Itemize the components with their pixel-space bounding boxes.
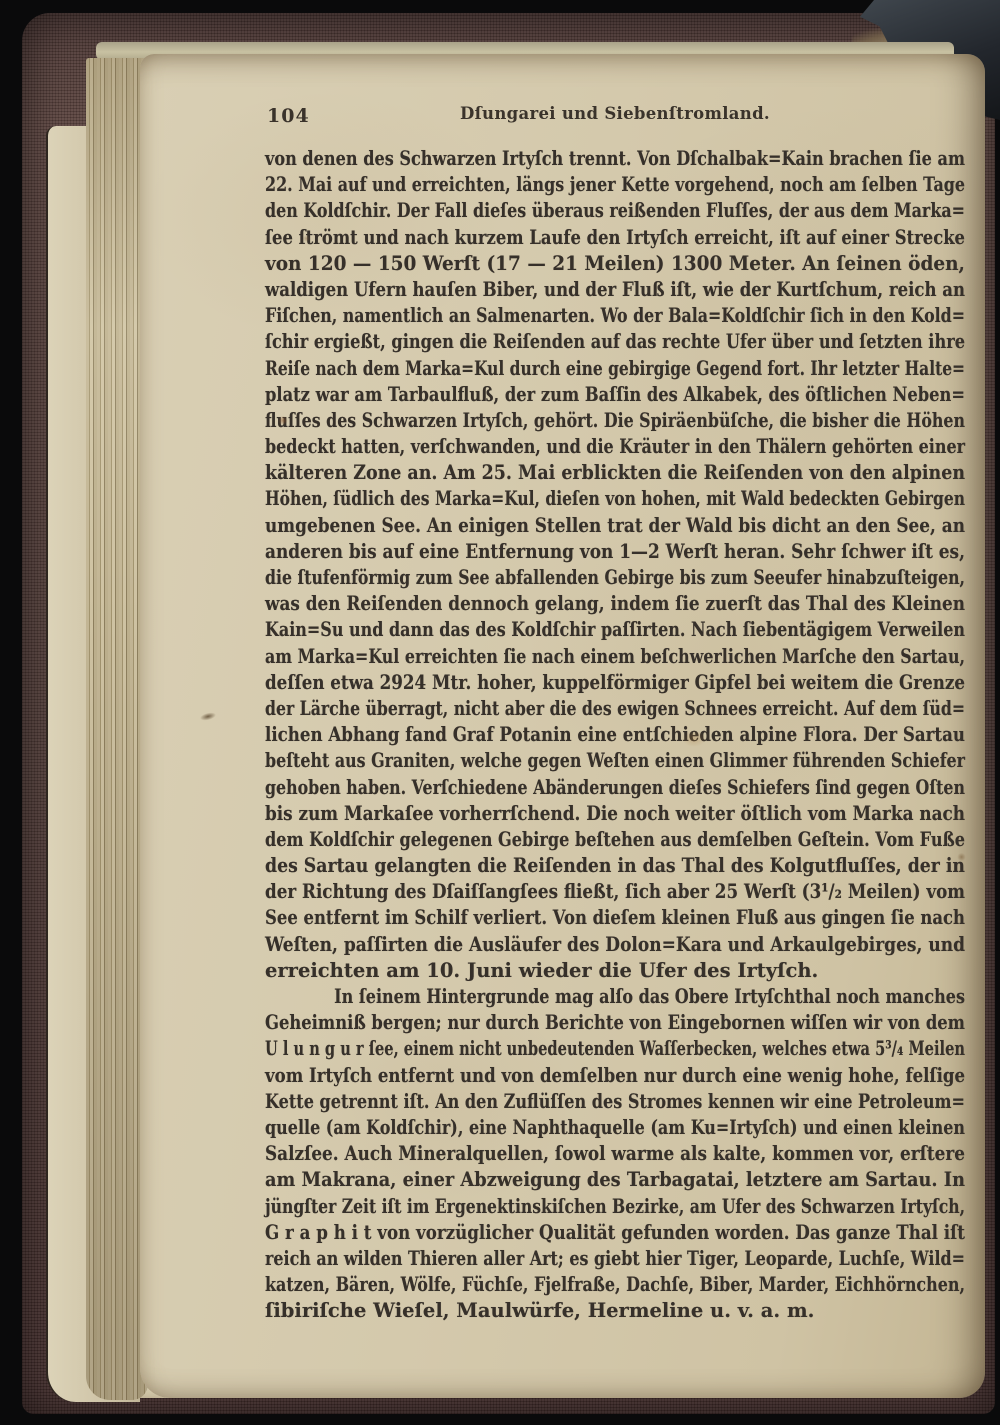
- text-line: am Marka=Kul erreichten ſie nach einem b…: [265, 644, 965, 670]
- text-line: was den Reiſenden dennoch gelang, indem …: [265, 591, 965, 617]
- text-line: ſibiriſche Wieſel, Maulwürfe, Hermeline …: [265, 1298, 965, 1324]
- running-title: Dſungarei und Siebenſtromland.: [265, 104, 965, 123]
- text-line: gehoben haben. Verſchiedene Abänderungen…: [265, 775, 965, 801]
- text-line: beſteht aus Graniten, welche gegen Weſte…: [265, 748, 965, 774]
- page-fore-edges: [86, 58, 148, 1400]
- text-line: fluſſes des Schwarzen Irtyſch, gehört. D…: [265, 408, 965, 434]
- text-line: katzen, Bären, Wölfe, Füchſe, Fjelfraße,…: [265, 1272, 965, 1298]
- text-line: U l u n g u r ſee, einem nicht unbedeute…: [265, 1036, 965, 1062]
- text-line: dem Koldſchir gelegenen Gebirge beſtehen…: [265, 827, 965, 853]
- text-line: die ſtufenförmig zum See abfallenden Geb…: [265, 565, 965, 591]
- text-line: See entfernt im Schilf verliert. Von die…: [265, 905, 965, 931]
- text-line: am Makrana, einer Abzweigung des Tarbaga…: [265, 1167, 965, 1193]
- book-page: 104 Dſungarei und Siebenſtromland. von d…: [140, 54, 985, 1398]
- body-text: von denen des Schwarzen Irtyſch trennt. …: [265, 146, 965, 1324]
- text-line: von denen des Schwarzen Irtyſch trennt. …: [265, 146, 965, 172]
- text-line: deſſen etwa 2924 Mtr. hoher, kuppelförmi…: [265, 670, 965, 696]
- text-line: Geheimniß bergen; nur durch Berichte von…: [265, 1010, 965, 1036]
- text-line: waldigen Ufern hauſen Biber, und der Flu…: [265, 277, 965, 303]
- text-line: G r a p h i t von vorzüglicher Qualität …: [265, 1220, 965, 1246]
- text-line: ſee ſtrömt und nach kurzem Laufe den Irt…: [265, 225, 965, 251]
- text-line: vom Irtyſch entfernt und von demſelben n…: [265, 1063, 965, 1089]
- text-line: ſchir ergießt, gingen die Reiſenden auf …: [265, 329, 965, 355]
- text-line: umgebenen See. An einigen Stellen trat d…: [265, 513, 965, 539]
- book-photo: 104 Dſungarei und Siebenſtromland. von d…: [0, 0, 1000, 1425]
- text-line: 22. Mai auf und erreichten, längs jener …: [265, 172, 965, 198]
- text-line: der Richtung des Dſaiſſangſees fließt, ſ…: [265, 879, 965, 905]
- text-line: jüngſter Zeit iſt im Ergenektinskiſchen …: [265, 1194, 965, 1220]
- page-header: 104 Dſungarei und Siebenſtromland.: [265, 104, 965, 130]
- text-line: In ſeinem Hintergrunde mag alſo das Ober…: [265, 984, 965, 1010]
- text-line: Höhen, ſüdlich des Marka=Kul, dieſen von…: [265, 486, 965, 512]
- text-line: Fiſchen, namentlich an Salmenarten. Wo d…: [265, 303, 965, 329]
- page-number: 104: [267, 105, 310, 127]
- text-line: platz war am Tarbaulfluß, der zum Baſſin…: [265, 382, 965, 408]
- text-line: Kain=Su und dann das des Koldſchir paſſi…: [265, 617, 965, 643]
- text-line: von 120 — 150 Werſt (17 — 21 Meilen) 130…: [265, 251, 965, 277]
- text-line: den Koldſchir. Der Fall dieſes überaus r…: [265, 198, 965, 224]
- text-line: Kette getrennt iſt. An den Zuflüſſen des…: [265, 1089, 965, 1115]
- text-line: Reiſe nach dem Marka=Kul durch eine gebi…: [265, 356, 965, 382]
- text-line: Salzſee. Auch Mineralquellen, ſowol warm…: [265, 1141, 965, 1167]
- text-line: erreichten am 10. Juni wieder die Ufer d…: [265, 958, 965, 984]
- stain: [278, 416, 288, 425]
- text-line: kälteren Zone an. Am 25. Mai erblickten …: [265, 460, 965, 486]
- text-line: lichen Abhang fand Graf Potanin eine ent…: [265, 722, 965, 748]
- text-line: quelle (am Koldſchir), eine Naphthaquell…: [265, 1115, 965, 1141]
- text-line: Weſten, paſſirten die Ausläufer des Dolo…: [265, 932, 965, 958]
- stain: [199, 711, 216, 722]
- stain: [682, 730, 706, 747]
- text-line: anderen bis auf eine Entfernung von 1—2 …: [265, 539, 965, 565]
- text-line: des Sartau gelangten die Reiſenden in da…: [265, 853, 965, 879]
- stain: [303, 235, 310, 242]
- text-line: bedeckt hatten, verſchwanden, und die Kr…: [265, 434, 965, 460]
- text-line: bis zum Markaſee vorherrſchend. Die noch…: [265, 801, 965, 827]
- text-line: reich an wilden Thieren aller Art; es gi…: [265, 1246, 965, 1272]
- stain: [957, 853, 966, 861]
- text-line: der Lärche überragt, nicht aber die des …: [265, 696, 965, 722]
